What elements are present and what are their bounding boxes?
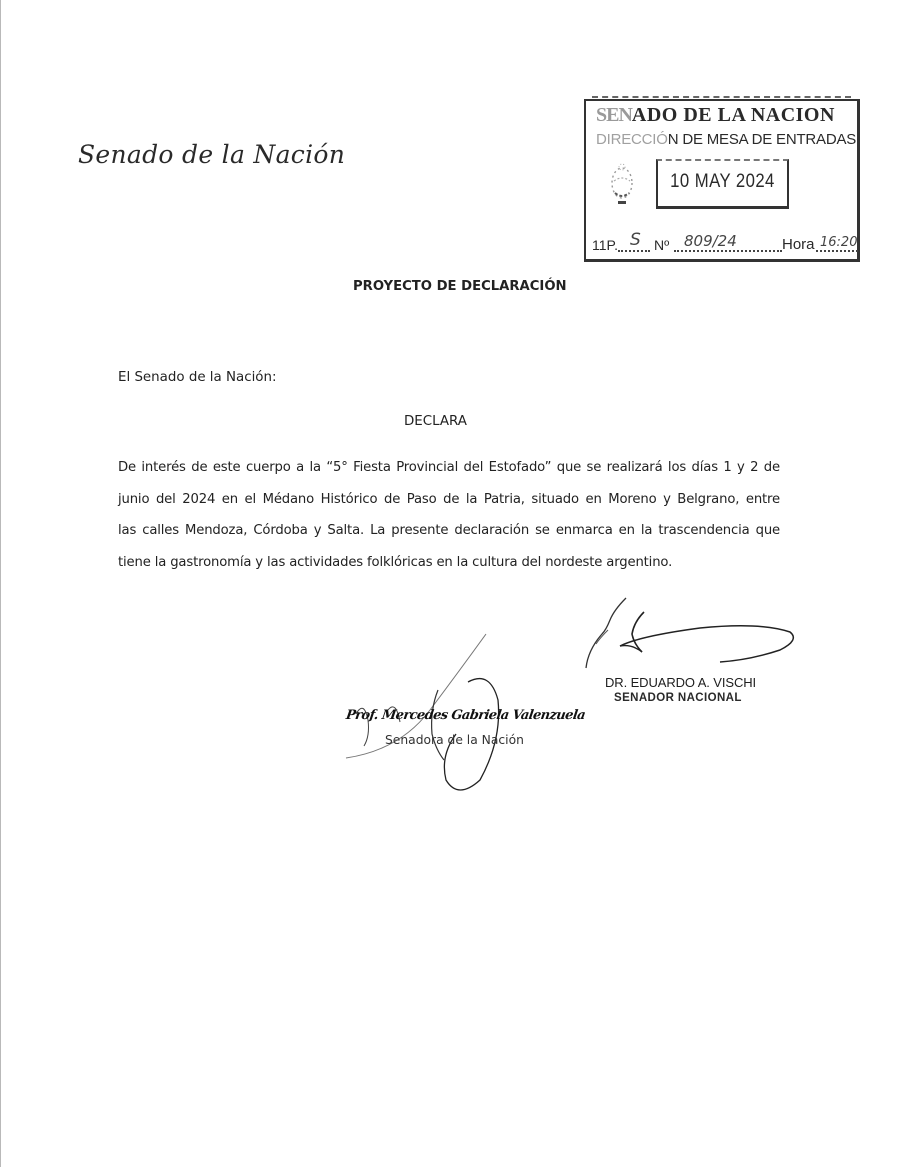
- stamp-title: SENADO DE LA NACION: [596, 104, 858, 127]
- stamp-subtitle-text: N DE MESA DE ENTRADAS: [668, 131, 856, 148]
- signer-name-valenzuela: Prof. Mercedes Gabriela Valenzuela: [345, 708, 586, 723]
- signature-vischi-icon: [580, 590, 800, 680]
- stamp-subtitle-faded: DIRECCIÓ: [596, 131, 668, 148]
- addressee-line: El Senado de la Nación:: [118, 370, 277, 385]
- stamp-title-text: ADO DE LA NACION: [632, 104, 835, 126]
- signer-title-valenzuela: Senadora de la Nación: [385, 733, 524, 747]
- stamp-number-dots: [674, 250, 782, 252]
- signer-name-vischi: DR. EDUARDO A. VISCHI: [605, 675, 756, 690]
- reception-stamp: SENADO DE LA NACION DIRECCIÓN DE MESA DE…: [584, 99, 860, 262]
- stamp-number-label: Nº: [654, 237, 669, 253]
- stamp-date-box: 10 MAY 2024: [656, 159, 789, 209]
- declaration-paragraph: De interés de este cuerpo a la “5° Fiest…: [118, 458, 780, 584]
- stamp-top-border: [592, 96, 851, 98]
- stamp-prefix-label: 11P.: [592, 237, 618, 253]
- paragraph-line: las calles Mendoza, Córdoba y Salta. La …: [118, 521, 780, 553]
- stamp-number-value: 809/24: [684, 232, 737, 250]
- stamp-prefix-value: S: [630, 230, 641, 250]
- coat-of-arms-icon: [608, 159, 636, 207]
- stamp-date: 10 MAY 2024: [666, 171, 780, 193]
- stamp-title-faded: SEN: [596, 104, 632, 126]
- stamp-time-dots: [816, 250, 858, 252]
- letterhead: Senado de la Nación: [78, 140, 345, 169]
- document-title: PROYECTO DE DECLARACIÓN: [353, 279, 567, 294]
- page-edge: [0, 0, 1, 1167]
- stamp-prefix-dots: [618, 250, 650, 252]
- paragraph-line: junio del 2024 en el Médano Histórico de…: [118, 490, 780, 522]
- signer-title-vischi: SENADOR NACIONAL: [614, 692, 742, 704]
- paragraph-line: tiene la gastronomía y las actividades f…: [118, 553, 780, 585]
- declara-heading: DECLARA: [404, 414, 467, 429]
- stamp-subtitle: DIRECCIÓN DE MESA DE ENTRADAS: [596, 131, 858, 148]
- stamp-time-label: Hora: [782, 236, 815, 253]
- paragraph-line: De interés de este cuerpo a la “5° Fiest…: [118, 458, 780, 490]
- stamp-time-value: 16:20: [820, 235, 857, 250]
- stamp-registry-row: 11P. S Nº 809/24 Hora 16:20: [592, 233, 858, 255]
